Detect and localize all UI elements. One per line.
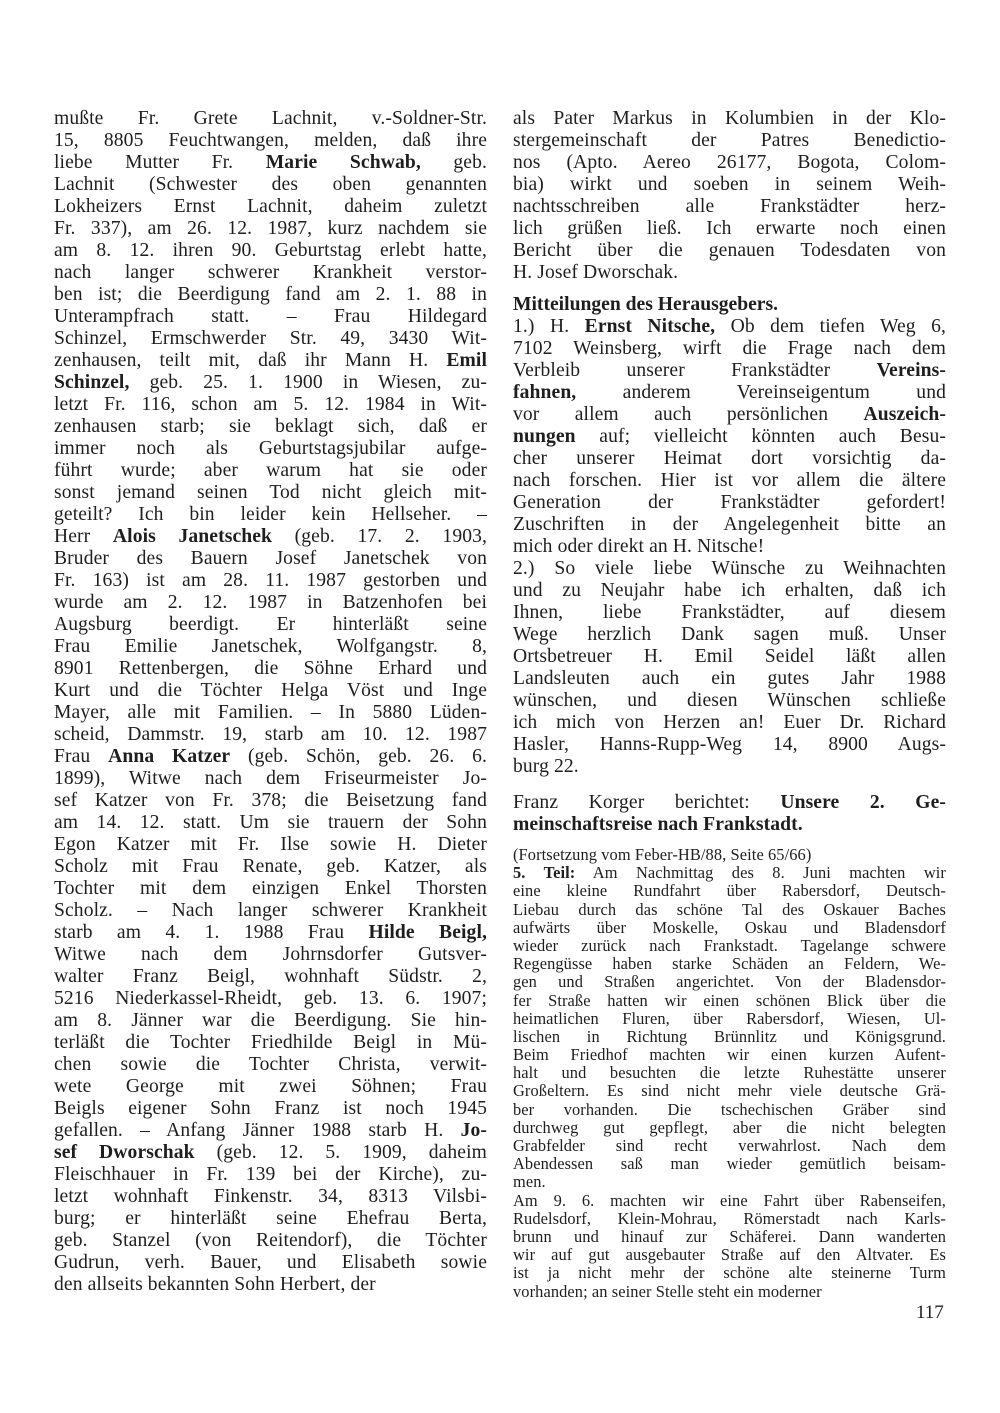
text-line: vor allem auch persönlichen Auszeich- (513, 404, 946, 426)
text-line: Liebau durch das schöne Tal des Oskauer … (513, 901, 946, 919)
text-run: (Fortsetzung vom Feber-HB/88, Seite 65/6… (513, 845, 811, 864)
text-line: mußte Fr. Grete Lachnit, v.-Soldner-Str. (54, 108, 487, 130)
text-run: den allseits bekannten Sohn Herbert, der (54, 1274, 376, 1295)
text-run: am 8. Jänner war die Beerdigung. Sie hin… (54, 1010, 487, 1031)
text-line: sonst jemand seinen Tod nicht gleich mit… (54, 482, 487, 504)
text-line: burg; er hinterläßt seine Ehefrau Berta, (54, 1208, 487, 1230)
text-line: 8901 Rettenbergen, die Söhne Erhard und (54, 658, 487, 680)
text-line: wieder zurück nach Frankstadt. Tagelange… (513, 937, 946, 955)
text-run: Grabfelder sind recht verwahrlost. Nach … (513, 1136, 946, 1155)
text-line: Verbleib unserer Frankstädter Vereins- (513, 360, 946, 382)
right-column: als Pater Markus in Kolumbien in der Klo… (513, 108, 946, 1301)
text-run: Am Nachmittag des 8. Juni machten wir (575, 863, 946, 882)
text-run: geb. (421, 152, 487, 173)
text-run: Mayer, alle mit Familien. – In 5880 Lüde… (54, 702, 487, 723)
text-run: führt wurde; aber warum hat sie oder (54, 460, 487, 481)
text-line: und zu Neujahr habe ich erhalten, daß ic… (513, 580, 946, 602)
text-run: Landsleuten auch ein gutes Jahr 1988 (513, 668, 946, 689)
text-run: 5216 Niederkassel-Rheidt, geb. 13. 6. 19… (54, 988, 487, 1009)
report-body: (Fortsetzung vom Feber-HB/88, Seite 65/6… (513, 846, 946, 1301)
text-line: scheid, Dammstr. 19, starb am 10. 12. 19… (54, 724, 487, 746)
text-line: Regengüsse haben starke Schäden an Felde… (513, 955, 946, 973)
intro-paragraph: als Pater Markus in Kolumbien in der Klo… (513, 108, 946, 284)
text-run: wünschen, und diesen Wünschen schließe (513, 690, 946, 711)
text-run: 1899), Witwe nach dem Friseurmeister Jo- (54, 768, 487, 789)
text-run: Frau (54, 746, 108, 767)
spacer (513, 284, 946, 294)
text-line: zenhausen starb; sie beklagt sich, daß e… (54, 416, 487, 438)
text-line: 5. Teil: Am Nachmittag des 8. Juni macht… (513, 864, 946, 882)
text-run: zenhausen, teilt mit, daß ihr Mann H. (54, 350, 446, 371)
text-line: 1.) H. Ernst Nitsche, Ob dem tiefen Weg … (513, 316, 946, 338)
bold-name: Emil (446, 350, 487, 371)
bold-name: Marie Schwab, (266, 152, 421, 173)
text-line: gen und Straßen angerichtet. Von der Bla… (513, 973, 946, 991)
text-line: stergemeinschaft der Patres Benedictio- (513, 130, 946, 152)
bold-name: 5. Teil: (513, 863, 575, 882)
text-run: Rudelsdorf, Klein-Mohrau, Römerstadt nac… (513, 1209, 946, 1228)
text-line: brunn und hinauf zur Schäferei. Dann wan… (513, 1228, 946, 1246)
bold-name: Ernst Nitsche, (585, 316, 716, 337)
text-run: aufwärts über Moskelle, Oskau und Bladen… (513, 918, 946, 937)
text-run: H. Josef Dworschak. (513, 262, 678, 283)
text-run: geb. Stanzel (von Reitendorf), die Töcht… (54, 1230, 487, 1251)
bold-name: sef Dworschak (54, 1142, 195, 1163)
text-run: halt und besuchten die letzte Ruhestätte… (513, 1063, 946, 1082)
text-line: Ortsbetreuer H. Emil Seidel läßt allen (513, 646, 946, 668)
text-run: Liebau durch das schöne Tal des Oskauer … (513, 900, 946, 919)
text-line: (Fortsetzung vom Feber-HB/88, Seite 65/6… (513, 846, 946, 864)
text-run: ich mich von Herzen an! Euer Dr. Richard (513, 712, 946, 733)
bold-name: Unsere 2. Ge- (780, 792, 946, 813)
text-line: ich mich von Herzen an! Euer Dr. Richard (513, 712, 946, 734)
text-run: burg 22. (513, 756, 579, 777)
spacer (513, 778, 946, 792)
text-run: Kurt und die Töchter Helga Vöst und Inge (54, 680, 487, 701)
text-run: Fleischhauer in Fr. 139 bei der Kirche),… (54, 1164, 487, 1185)
text-line: ist ja nicht mehr der schöne alte steine… (513, 1264, 946, 1282)
text-line: führt wurde; aber warum hat sie oder (54, 460, 487, 482)
text-line: wir auf gut ausgebauter Straße auf den A… (513, 1246, 946, 1264)
text-line: fahnen, anderem Vereinseigentum und (513, 382, 946, 404)
text-line: Witwe nach dem Johrnsdorfer Gutsver- (54, 944, 487, 966)
text-run: (geb. 17. 2. 1903, (272, 526, 487, 547)
text-run: Abendessen saß man wieder gemütlich beis… (513, 1154, 946, 1173)
text-run: Witwe nach dem Johrnsdorfer Gutsver- (54, 944, 487, 965)
text-run: mußte Fr. Grete Lachnit, v.-Soldner-Str. (54, 108, 487, 129)
text-line: Lokheizers Ernst Lachnit, daheim zuletzt (54, 196, 487, 218)
bold-name: meinschaftsreise nach Frankstadt. (513, 814, 803, 835)
text-run: 7102 Weinsberg, wirft die Frage nach dem (513, 338, 946, 359)
text-line: Bruder des Bauern Josef Janetschek von (54, 548, 487, 570)
text-line: 1899), Witwe nach dem Friseurmeister Jo- (54, 768, 487, 790)
text-line: men. (513, 1173, 946, 1191)
text-run: Fr. 337), am 26. 12. 1987, kurz nachdem … (54, 218, 487, 239)
text-run: Beim Friedhof machten wir einen kurzen A… (513, 1045, 946, 1064)
text-run: wurde am 2. 12. 1987 in Batzenhofen bei (54, 592, 487, 613)
bold-name: Anna Katzer (108, 746, 230, 767)
text-run: Franz Korger berichtet: (513, 792, 780, 813)
bold-name: nungen (513, 426, 576, 447)
text-line: 7102 Weinsberg, wirft die Frage nach dem (513, 338, 946, 360)
text-line: 15, 8805 Feuchtwangen, melden, daß ihre (54, 130, 487, 152)
text-run: bia) wirkt und soeben in seinem Weih- (513, 174, 946, 195)
text-line: Wege herzlich Dank sagen muß. Unser (513, 624, 946, 646)
text-run: Lachnit (Schwester des oben genannten (54, 174, 487, 195)
text-line: Lachnit (Schwester des oben genannten (54, 174, 487, 196)
text-run: am 14. 12. statt. Um sie trauern der Soh… (54, 812, 487, 833)
text-line: bia) wirkt und soeben in seinem Weih- (513, 174, 946, 196)
text-line: gefallen. – Anfang Jänner 1988 starb H. … (54, 1120, 487, 1142)
text-run: Ortsbetreuer H. Emil Seidel läßt allen (513, 646, 946, 667)
text-line: Beim Friedhof machten wir einen kurzen A… (513, 1046, 946, 1064)
text-line: nach langer schwerer Krankheit verstor- (54, 262, 487, 284)
text-run: Verbleib unserer Frankstädter (513, 360, 877, 381)
text-line: am 8. Jänner war die Beerdigung. Sie hin… (54, 1010, 487, 1032)
text-line: 5216 Niederkassel-Rheidt, geb. 13. 6. 19… (54, 988, 487, 1010)
text-line: Tochter mit dem einzigen Enkel Thorsten (54, 878, 487, 900)
text-line: Fr. 163) ist am 28. 11. 1987 gestorben u… (54, 570, 487, 592)
text-line: wete George mit zwei Söhnen; Frau (54, 1076, 487, 1098)
text-run: Wege herzlich Dank sagen muß. Unser (513, 624, 946, 645)
text-run: Egon Katzer mit Fr. Ilse sowie H. Dieter (54, 834, 487, 855)
text-line: Am 9. 6. machten wir eine Fahrt über Rab… (513, 1192, 946, 1210)
text-line: am 8. 12. ihren 90. Geburtstag erlebt ha… (54, 240, 487, 262)
text-line: mich oder direkt an H. Nitsche! (513, 536, 946, 558)
text-run: Schinzel, Ermschwerder Str. 49, 3430 Wit… (54, 328, 487, 349)
text-run: Scholz mit Frau Renate, geb. Katzer, als (54, 856, 487, 877)
text-run: burg; er hinterläßt seine Ehefrau Berta, (54, 1208, 487, 1229)
text-line: Großeltern. Es sind nicht mehr viele deu… (513, 1082, 946, 1100)
text-line: den allseits bekannten Sohn Herbert, der (54, 1274, 487, 1296)
text-line: zenhausen, teilt mit, daß ihr Mann H. Em… (54, 350, 487, 372)
text-run: Bruder des Bauern Josef Janetschek von (54, 548, 487, 569)
text-run: eine kleine Rundfahrt über Rabersdorf, D… (513, 881, 946, 900)
text-run: auf; vielleicht könnten auch Besu- (576, 426, 946, 447)
text-line: halt und besuchten die letzte Ruhestätte… (513, 1064, 946, 1082)
text-run: gefallen. – Anfang Jänner 1988 starb H. (54, 1120, 461, 1141)
text-run: Fr. 163) ist am 28. 11. 1987 gestorben u… (54, 570, 487, 591)
text-run: sef Katzer von Fr. 378; die Beisetzung f… (54, 790, 487, 811)
text-line: fer Straße hatten wir einen schönen Blic… (513, 992, 946, 1010)
bold-name: Schinzel, (54, 372, 129, 393)
text-run: 2.) So viele liebe Wünsche zu Weihnachte… (513, 558, 946, 579)
report-heading: Franz Korger berichtet: Unsere 2. Ge-mei… (513, 792, 946, 836)
text-run: nach langer schwerer Krankheit verstor- (54, 262, 487, 283)
text-line: sef Dworschak (geb. 12. 5. 1909, daheim (54, 1142, 487, 1164)
text-run: Ob dem tiefen Weg 6, (715, 316, 946, 337)
text-line: Hasler, Hanns-Rupp-Weg 14, 8900 Augs- (513, 734, 946, 756)
bold-name: Auszeich- (863, 404, 946, 425)
text-line: letzt Fr. 116, schon am 5. 12. 1984 in W… (54, 394, 487, 416)
text-line: geb. Stanzel (von Reitendorf), die Töcht… (54, 1230, 487, 1252)
text-line: ber vorhanden. Die tschechischen Gräber … (513, 1101, 946, 1119)
bold-name: Alois Janetschek (113, 526, 272, 547)
text-run: Großeltern. Es sind nicht mehr viele deu… (513, 1081, 946, 1100)
bold-name: Hilde Beigl, (368, 922, 487, 943)
text-run: starb am 4. 1. 1988 Frau (54, 922, 368, 943)
text-run: gen und Straßen angerichtet. Von der Bla… (513, 972, 946, 991)
text-line: sef Katzer von Fr. 378; die Beisetzung f… (54, 790, 487, 812)
text-run: wir auf gut ausgebauter Straße auf den A… (513, 1245, 946, 1264)
text-line: Rudelsdorf, Klein-Mohrau, Römerstadt nac… (513, 1210, 946, 1228)
text-run: Tochter mit dem einzigen Enkel Thorsten (54, 878, 487, 899)
text-line: meinschaftsreise nach Frankstadt. (513, 814, 946, 836)
text-line: Grabfelder sind recht verwahrlost. Nach … (513, 1137, 946, 1155)
left-column: mußte Fr. Grete Lachnit, v.-Soldner-Str.… (54, 108, 487, 1296)
text-line: ben ist; die Beerdigung fand am 2. 1. 88… (54, 284, 487, 306)
text-run: wete George mit zwei Söhnen; Frau (54, 1076, 487, 1097)
text-line: cher unserer Heimat dort vorsichtig da- (513, 448, 946, 470)
text-run: liebe Mutter Fr. (54, 152, 266, 173)
text-run: scheid, Dammstr. 19, starb am 10. 12. 19… (54, 724, 487, 745)
text-line: Egon Katzer mit Fr. Ilse sowie H. Dieter (54, 834, 487, 856)
text-line: als Pater Markus in Kolumbien in der Klo… (513, 108, 946, 130)
text-line: nach forschen. Hier ist vor allem die äl… (513, 470, 946, 492)
text-line: Gudrun, verh. Bauer, und Elisabeth sowie (54, 1252, 487, 1274)
text-run: Hasler, Hanns-Rupp-Weg 14, 8900 Augs- (513, 734, 946, 755)
text-line: Schinzel, Ermschwerder Str. 49, 3430 Wit… (54, 328, 487, 350)
text-run: Zuschriften in der Angelegenheit bitte a… (513, 514, 946, 535)
text-line: Generation der Frankstädter gefordert! (513, 492, 946, 514)
text-line: burg 22. (513, 756, 946, 778)
text-run: sonst jemand seinen Tod nicht gleich mit… (54, 482, 487, 503)
text-run: 1.) H. (513, 316, 585, 337)
text-line: wünschen, und diesen Wünschen schließe (513, 690, 946, 712)
text-run: mich oder direkt an H. Nitsche! (513, 536, 764, 557)
text-line: durchweg gut gepflegt, aber die nicht be… (513, 1119, 946, 1137)
text-run: Lokheizers Ernst Lachnit, daheim zuletzt (54, 196, 487, 217)
text-line: starb am 4. 1. 1988 Frau Hilde Beigl, (54, 922, 487, 944)
text-run: nach forschen. Hier ist vor allem die äl… (513, 470, 946, 491)
text-run: vor allem auch persönlichen (513, 404, 863, 425)
text-line: Beigls eigener Sohn Franz ist noch 1945 (54, 1098, 487, 1120)
text-run: anderem Vereinseigentum und (576, 382, 946, 403)
text-line: 2.) So viele liebe Wünsche zu Weihnachte… (513, 558, 946, 580)
text-line: Herr Alois Janetschek (geb. 17. 2. 1903, (54, 526, 487, 548)
text-run: Frau Emilie Janetschek, Wolfgangstr. 8, (54, 636, 487, 657)
text-run: stergemeinschaft der Patres Benedictio- (513, 130, 946, 151)
mitteilungen-paragraphs: 1.) H. Ernst Nitsche, Ob dem tiefen Weg … (513, 316, 946, 778)
text-run: immer noch als Geburtstagsjubilar aufge- (54, 438, 487, 459)
text-run: (geb. 12. 5. 1909, daheim (195, 1142, 487, 1163)
text-run: lischen in Richtung Brünnlitz und Königs… (513, 1027, 946, 1046)
text-run: Scholz. – Nach langer schwerer Krankheit (54, 900, 487, 921)
text-line: Schinzel, geb. 25. 1. 1900 in Wiesen, zu… (54, 372, 487, 394)
text-run: ist ja nicht mehr der schöne alte steine… (513, 1263, 946, 1282)
text-line: Scholz. – Nach langer schwerer Krankheit (54, 900, 487, 922)
text-run: nachtsschreiben alle Frankstädter herz- (513, 196, 946, 217)
text-run: am 8. 12. ihren 90. Geburtstag erlebt ha… (54, 240, 487, 261)
text-run: walter Franz Beigl, wohnhaft Südstr. 2, (54, 966, 487, 987)
text-run: ber vorhanden. Die tschechischen Gräber … (513, 1100, 946, 1119)
text-line: Franz Korger berichtet: Unsere 2. Ge- (513, 792, 946, 814)
text-run: Gudrun, verh. Bauer, und Elisabeth sowie (54, 1252, 487, 1273)
section-heading-mitteilungen: Mitteilungen des Herausgebers. (513, 294, 946, 316)
text-line: Scholz mit Frau Renate, geb. Katzer, als (54, 856, 487, 878)
text-line: Frau Anna Katzer (geb. Schön, geb. 26. 6… (54, 746, 487, 768)
text-run: 15, 8805 Feuchtwangen, melden, daß ihre (54, 130, 487, 151)
text-run: Ihnen, liebe Frankstädter, auf diesem (513, 602, 946, 623)
text-run: chen sowie die Tochter Christa, verwit- (54, 1054, 487, 1075)
text-run: zenhausen starb; sie beklagt sich, daß e… (54, 416, 487, 437)
text-run: geteilt? Ich bin leider kein Hellseher. … (54, 504, 487, 525)
bold-name: Jo- (461, 1120, 487, 1141)
text-line: Zuschriften in der Angelegenheit bitte a… (513, 514, 946, 536)
text-line: am 14. 12. statt. Um sie trauern der Soh… (54, 812, 487, 834)
text-run: brunn und hinauf zur Schäferei. Dann wan… (513, 1227, 946, 1246)
text-line: vorhanden; an seiner Stelle steht ein mo… (513, 1283, 946, 1301)
text-run: men. (513, 1172, 546, 1191)
text-line: eine kleine Rundfahrt über Rabersdorf, D… (513, 882, 946, 900)
text-run: letzt Fr. 116, schon am 5. 12. 1984 in W… (54, 394, 487, 415)
text-line: Landsleuten auch ein gutes Jahr 1988 (513, 668, 946, 690)
text-run: wieder zurück nach Frankstadt. Tagelange… (513, 936, 946, 955)
text-line: Fr. 337), am 26. 12. 1987, kurz nachdem … (54, 218, 487, 240)
text-line: terläßt die Tochter Friedhilde Beigl in … (54, 1032, 487, 1054)
text-run: und zu Neujahr habe ich erhalten, daß ic… (513, 580, 946, 601)
bold-name: fahnen, (513, 382, 576, 403)
text-run: Augsburg beerdigt. Er hinterläßt seine (54, 614, 487, 635)
text-run: vorhanden; an seiner Stelle steht ein mo… (513, 1282, 822, 1301)
text-line: walter Franz Beigl, wohnhaft Südstr. 2, (54, 966, 487, 988)
text-line: Mayer, alle mit Familien. – In 5880 Lüde… (54, 702, 487, 724)
text-run: heimatlichen Fluren, über Rabersdorf, Wi… (513, 1009, 946, 1028)
page-number: 117 (916, 1302, 944, 1324)
text-line: nachtsschreiben alle Frankstädter herz- (513, 196, 946, 218)
text-run: Am 9. 6. machten wir eine Fahrt über Rab… (513, 1191, 946, 1210)
text-line: lischen in Richtung Brünnlitz und Königs… (513, 1028, 946, 1046)
text-line: Fleischhauer in Fr. 139 bei der Kirche),… (54, 1164, 487, 1186)
text-run: lich grüßen ließ. Ich erwarte noch einen (513, 218, 946, 239)
text-run: Herr (54, 526, 113, 547)
text-run: durchweg gut gepflegt, aber die nicht be… (513, 1118, 946, 1137)
text-line: liebe Mutter Fr. Marie Schwab, geb. (54, 152, 487, 174)
text-run: letzt wohnhaft Finkenstr. 34, 8313 Vilsb… (54, 1186, 487, 1207)
text-run: Regengüsse haben starke Schäden an Felde… (513, 954, 946, 973)
text-line: Unterampfrach statt. – Frau Hildegard (54, 306, 487, 328)
text-line: geteilt? Ich bin leider kein Hellseher. … (54, 504, 487, 526)
text-run: (geb. Schön, geb. 26. 6. (230, 746, 487, 767)
text-line: lich grüßen ließ. Ich erwarte noch einen (513, 218, 946, 240)
text-line: chen sowie die Tochter Christa, verwit- (54, 1054, 487, 1076)
text-line: heimatlichen Fluren, über Rabersdorf, Wi… (513, 1010, 946, 1028)
text-line: nungen auf; vielleicht könnten auch Besu… (513, 426, 946, 448)
text-line: nos (Apto. Aereo 26177, Bogota, Colom- (513, 152, 946, 174)
text-line: immer noch als Geburtstagsjubilar aufge- (54, 438, 487, 460)
bold-name: Vereins- (877, 360, 946, 381)
text-run: cher unserer Heimat dort vorsichtig da- (513, 448, 946, 469)
text-line: Ihnen, liebe Frankstädter, auf diesem (513, 602, 946, 624)
text-line: Frau Emilie Janetschek, Wolfgangstr. 8, (54, 636, 487, 658)
text-run: Bericht über die genauen Todesdaten von (513, 240, 946, 261)
text-line: Abendessen saß man wieder gemütlich beis… (513, 1155, 946, 1173)
text-line: aufwärts über Moskelle, Oskau und Bladen… (513, 919, 946, 937)
text-line: letzt wohnhaft Finkenstr. 34, 8313 Vilsb… (54, 1186, 487, 1208)
text-run: Unterampfrach statt. – Frau Hildegard (54, 306, 487, 327)
text-run: geb. 25. 1. 1900 in Wiesen, zu- (129, 372, 487, 393)
text-line: Kurt und die Töchter Helga Vöst und Inge (54, 680, 487, 702)
text-run: nos (Apto. Aereo 26177, Bogota, Colom- (513, 152, 946, 173)
text-run: fer Straße hatten wir einen schönen Blic… (513, 991, 946, 1010)
text-line: Bericht über die genauen Todesdaten von (513, 240, 946, 262)
text-line: H. Josef Dworschak. (513, 262, 946, 284)
text-line: Augsburg beerdigt. Er hinterläßt seine (54, 614, 487, 636)
text-run: Generation der Frankstädter gefordert! (513, 492, 946, 513)
text-run: als Pater Markus in Kolumbien in der Klo… (513, 108, 946, 129)
text-run: ben ist; die Beerdigung fand am 2. 1. 88… (54, 284, 487, 305)
text-run: Beigls eigener Sohn Franz ist noch 1945 (54, 1098, 487, 1119)
text-line: wurde am 2. 12. 1987 in Batzenhofen bei (54, 592, 487, 614)
text-run: terläßt die Tochter Friedhilde Beigl in … (54, 1032, 487, 1053)
text-run: 8901 Rettenbergen, die Söhne Erhard und (54, 658, 487, 679)
